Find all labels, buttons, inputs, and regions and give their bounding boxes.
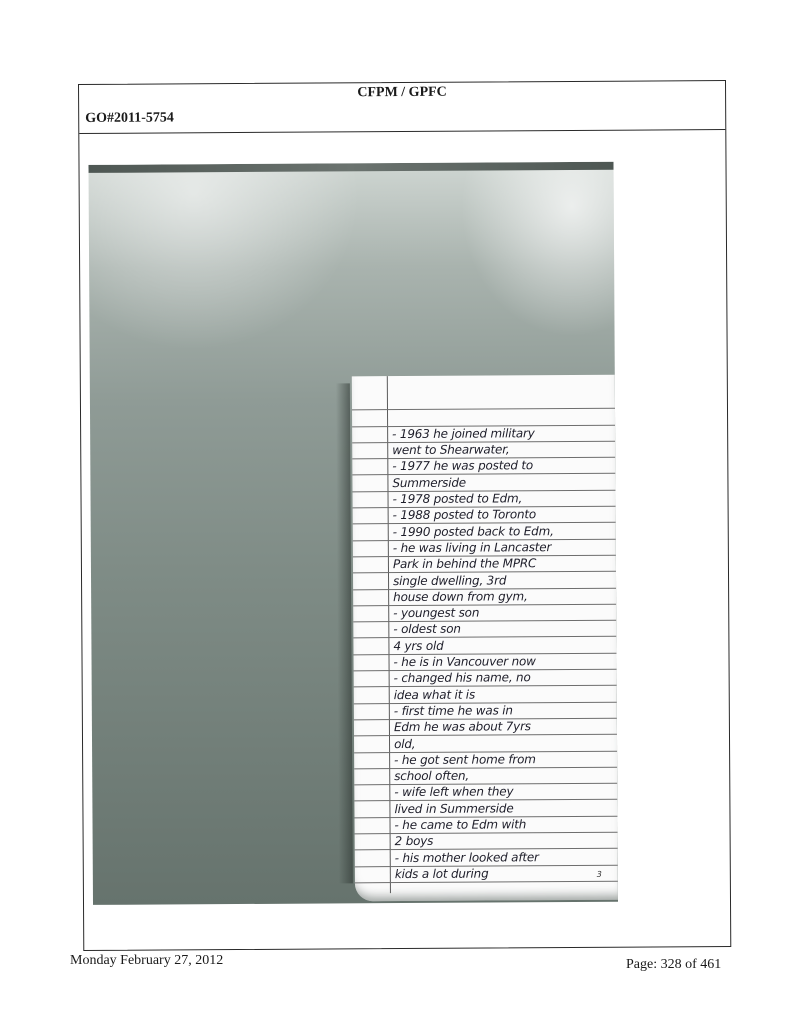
note-line: Summerside bbox=[352, 474, 615, 492]
note-line: - 1978 posted to Edm, bbox=[352, 491, 615, 509]
note-line: - he is in Vancouver now bbox=[353, 653, 616, 671]
notepad-page-marker: 3 bbox=[597, 870, 602, 879]
note-line: - wife left when they bbox=[354, 784, 617, 802]
note-line: - 1990 posted back to Edm, bbox=[353, 523, 616, 541]
note-line: went to Shearwater, bbox=[352, 442, 615, 460]
document-frame: CFPM / GPFC GO#2011-5754 - 1963 he joine… bbox=[78, 80, 731, 951]
notepad-lines: - 1963 he joined military went to Shearw… bbox=[352, 393, 618, 884]
handwritten-notepad: - 1963 he joined military went to Shearw… bbox=[352, 375, 618, 902]
notepad-shadow bbox=[336, 383, 353, 883]
note-line: house down from gym, bbox=[353, 588, 616, 606]
note-line: old, bbox=[354, 735, 617, 753]
note-line: lived in Summerside bbox=[354, 800, 617, 818]
header-title: CFPM / GPFC bbox=[79, 83, 725, 103]
note-line: - he got sent home from bbox=[354, 751, 617, 769]
document-header: CFPM / GPFC GO#2011-5754 bbox=[79, 81, 725, 134]
note-line: - changed his name, no bbox=[354, 670, 617, 688]
file-number: GO#2011-5754 bbox=[85, 110, 174, 127]
note-line: - he came to Edm with bbox=[354, 816, 617, 834]
note-line: - oldest son bbox=[353, 621, 616, 639]
note-line: - his mother looked after bbox=[355, 849, 618, 867]
scanned-photo: - 1963 he joined military went to Shearw… bbox=[88, 162, 618, 905]
photo-top-edge bbox=[88, 162, 613, 173]
footer-page-number: Page: 328 of 461 bbox=[626, 957, 721, 973]
note-line: - youngest son bbox=[353, 605, 616, 623]
note-line: kids a lot during3 bbox=[355, 865, 618, 883]
note-line: 4 yrs old bbox=[353, 637, 616, 655]
note-line: - 1988 posted to Toronto bbox=[353, 507, 616, 525]
note-line: - 1963 he joined military bbox=[352, 425, 615, 443]
note-line: - first time he was in bbox=[354, 702, 617, 720]
note-line: Park in behind the MPRC bbox=[353, 556, 616, 574]
footer-date: Monday February 27, 2012 bbox=[70, 953, 223, 969]
note-line bbox=[352, 393, 615, 411]
note-line: school often, bbox=[354, 768, 617, 786]
note-line: idea what it is bbox=[354, 686, 617, 704]
note-line bbox=[352, 409, 615, 427]
note-line: - he was living in Lancaster bbox=[353, 539, 616, 557]
note-line: Edm he was about 7yrs bbox=[354, 719, 617, 737]
note-line: single dwelling, 3rd bbox=[353, 572, 616, 590]
note-line: - 1977 he was posted to bbox=[352, 458, 615, 476]
note-line: 2 boys bbox=[355, 833, 618, 851]
